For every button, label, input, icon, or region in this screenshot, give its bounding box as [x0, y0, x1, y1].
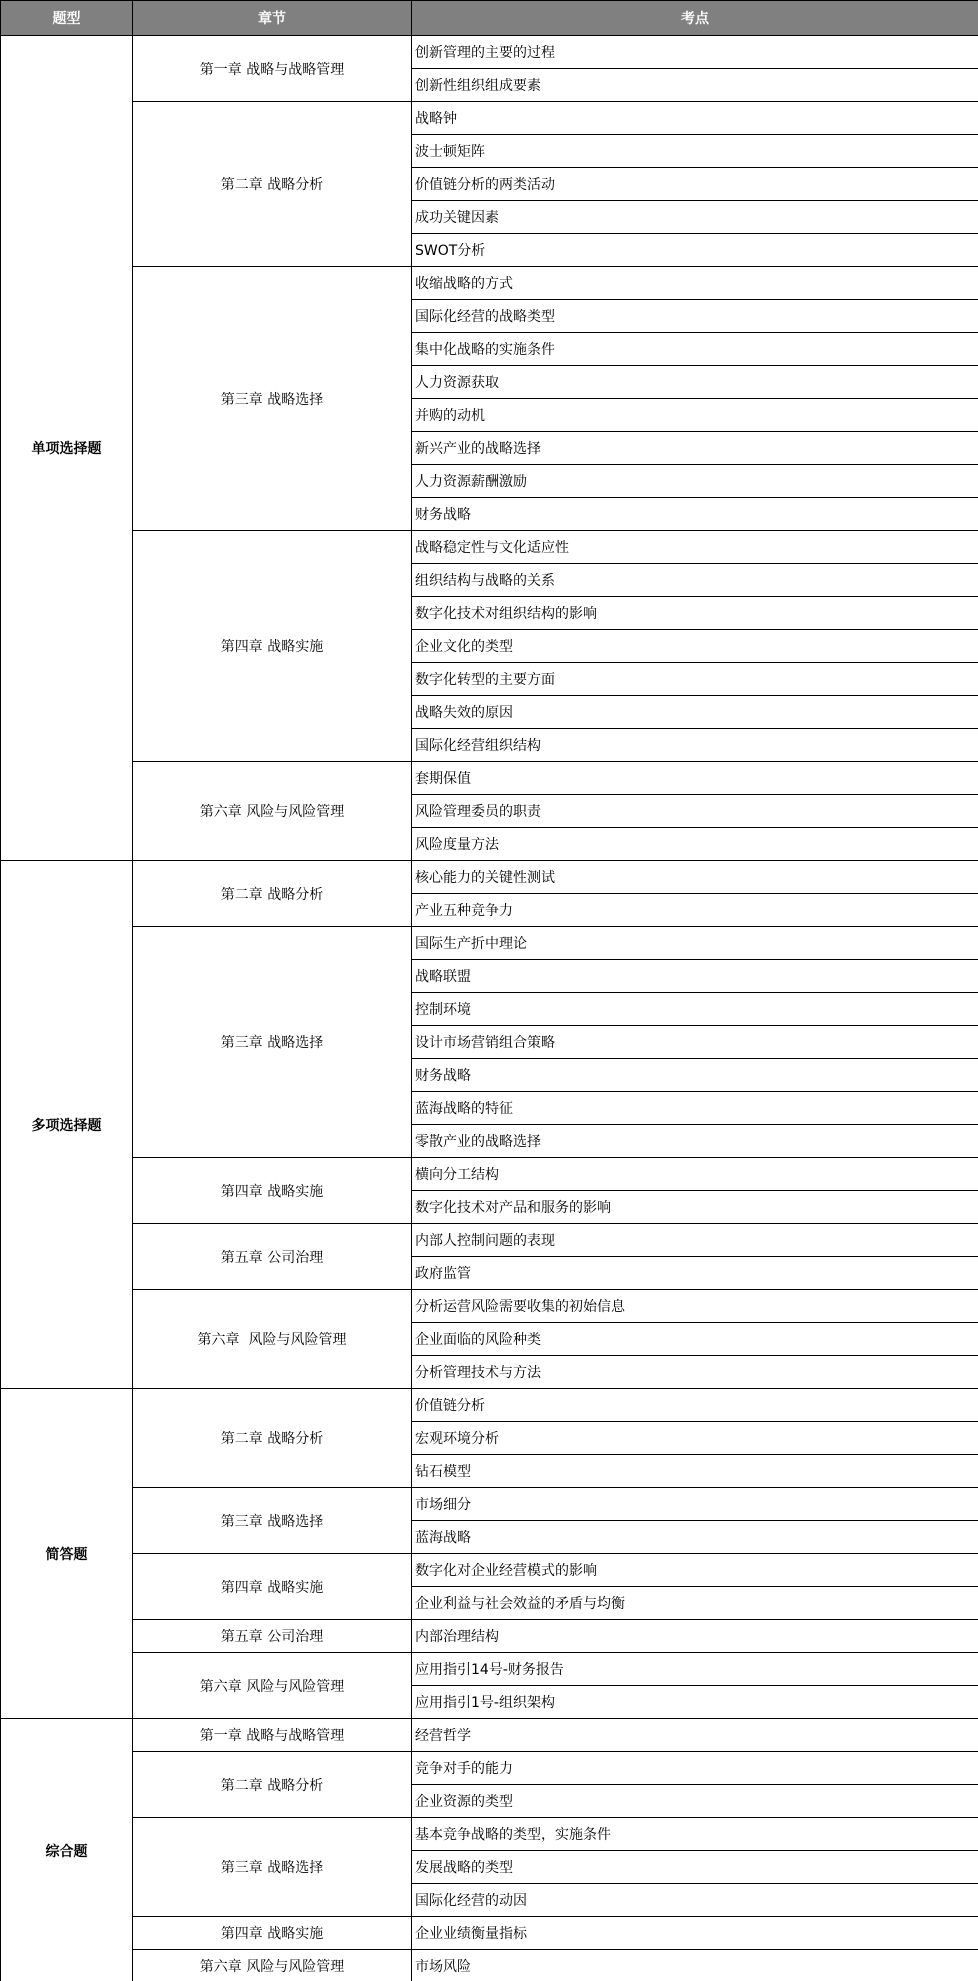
table-row: 第五章 公司治理内部人控制问题的表现 — [1, 1224, 978, 1257]
exam-point-cell: 战略钟 — [412, 102, 978, 135]
exam-point-cell: 战略联盟 — [412, 960, 978, 993]
exam-point-cell: 创新管理的主要的过程 — [412, 36, 978, 69]
table-row: 第三章 战略选择国际生产折中理论 — [1, 927, 978, 960]
exam-point-cell: 应用指引1号-组织架构 — [412, 1686, 978, 1719]
chapter-cell: 第六章 风险与风险管理 — [133, 1653, 412, 1719]
question-type-cell: 综合题 — [1, 1719, 133, 1981]
table-row: 第二章 战略分析竞争对手的能力 — [1, 1752, 978, 1785]
table-row: 第六章 风险与风险管理市场风险 — [1, 1950, 978, 1981]
exam-point-cell: 经营哲学 — [412, 1719, 978, 1752]
exam-point-cell: 战略稳定性与文化适应性 — [412, 531, 978, 564]
table-row: 第六章 风险与风险管理应用指引14号-财务报告 — [1, 1653, 978, 1686]
table-row: 第六章 风险与风险管理套期保值 — [1, 762, 978, 795]
exam-point-cell: 风险度量方法 — [412, 828, 978, 861]
exam-point-cell: 套期保值 — [412, 762, 978, 795]
chapter-cell: 第三章 战略选择 — [133, 1488, 412, 1554]
exam-point-cell: 国际化经营的战略类型 — [412, 300, 978, 333]
chapter-cell: 第二章 战略分析 — [133, 102, 412, 267]
exam-point-cell: 横向分工结构 — [412, 1158, 978, 1191]
exam-point-cell: 宏观环境分析 — [412, 1422, 978, 1455]
exam-point-cell: 分析运营风险需要收集的初始信息 — [412, 1290, 978, 1323]
exam-point-cell: 数字化技术对组织结构的影响 — [412, 597, 978, 630]
exam-point-cell: 新兴产业的战略选择 — [412, 432, 978, 465]
table-row: 第二章 战略分析战略钟 — [1, 102, 978, 135]
exam-point-cell: 创新性组织组成要素 — [412, 69, 978, 102]
chapter-cell: 第三章 战略选择 — [133, 927, 412, 1158]
table-row: 第四章 战略实施数字化对企业经营模式的影响 — [1, 1554, 978, 1587]
exam-point-cell: 分析管理技术与方法 — [412, 1356, 978, 1389]
table-row: 第四章 战略实施战略稳定性与文化适应性 — [1, 531, 978, 564]
exam-point-cell: 市场风险 — [412, 1950, 978, 1981]
exam-points-table: 题型 章节 考点 单项选择题第一章 战略与战略管理创新管理的主要的过程创新性组织… — [0, 0, 978, 1981]
chapter-cell: 第四章 战略实施 — [133, 1158, 412, 1224]
table-row: 单项选择题第一章 战略与战略管理创新管理的主要的过程 — [1, 36, 978, 69]
exam-point-cell: 财务战略 — [412, 498, 978, 531]
exam-point-cell: 钻石模型 — [412, 1455, 978, 1488]
exam-point-cell: 组织结构与战略的关系 — [412, 564, 978, 597]
exam-point-cell: 控制环境 — [412, 993, 978, 1026]
chapter-cell: 第二章 战略分析 — [133, 861, 412, 927]
chapter-cell: 第一章 战略与战略管理 — [133, 1719, 412, 1752]
exam-point-cell: 国际化经营组织结构 — [412, 729, 978, 762]
exam-point-cell: 数字化技术对产品和服务的影响 — [412, 1191, 978, 1224]
table-row: 第三章 战略选择收缩战略的方式 — [1, 267, 978, 300]
header-point: 考点 — [412, 1, 978, 36]
exam-point-cell: 竞争对手的能力 — [412, 1752, 978, 1785]
exam-point-cell: 核心能力的关键性测试 — [412, 861, 978, 894]
exam-point-cell: 企业业绩衡量指标 — [412, 1917, 978, 1950]
question-type-cell: 多项选择题 — [1, 861, 133, 1389]
header-row: 题型 章节 考点 — [1, 1, 978, 36]
table-row: 简答题第二章 战略分析价值链分析 — [1, 1389, 978, 1422]
exam-point-cell: 发展战略的类型 — [412, 1851, 978, 1884]
question-type-cell: 简答题 — [1, 1389, 133, 1719]
exam-point-cell: SWOT分析 — [412, 234, 978, 267]
exam-point-cell: 蓝海战略的特征 — [412, 1092, 978, 1125]
table-row: 多项选择题第二章 战略分析核心能力的关键性测试 — [1, 861, 978, 894]
table-row: 第四章 战略实施企业业绩衡量指标 — [1, 1917, 978, 1950]
exam-point-cell: 内部治理结构 — [412, 1620, 978, 1653]
table-row: 第三章 战略选择基本竞争战略的类型，实施条件 — [1, 1818, 978, 1851]
chapter-cell: 第五章 公司治理 — [133, 1620, 412, 1653]
chapter-cell: 第三章 战略选择 — [133, 1818, 412, 1917]
exam-point-cell: 人力资源获取 — [412, 366, 978, 399]
chapter-cell: 第二章 战略分析 — [133, 1752, 412, 1818]
exam-point-cell: 价值链分析 — [412, 1389, 978, 1422]
chapter-cell: 第六章 风险与风险管理 — [133, 1950, 412, 1981]
exam-point-cell: 企业利益与社会效益的矛盾与均衡 — [412, 1587, 978, 1620]
chapter-cell: 第六章 风险与风险管理 — [133, 762, 412, 861]
exam-point-cell: 成功关键因素 — [412, 201, 978, 234]
table-row: 第三章 战略选择市场细分 — [1, 1488, 978, 1521]
exam-point-cell: 收缩战略的方式 — [412, 267, 978, 300]
exam-point-cell: 数字化对企业经营模式的影响 — [412, 1554, 978, 1587]
chapter-cell: 第二章 战略分析 — [133, 1389, 412, 1488]
exam-point-cell: 企业文化的类型 — [412, 630, 978, 663]
exam-point-cell: 零散产业的战略选择 — [412, 1125, 978, 1158]
chapter-cell: 第四章 战略实施 — [133, 1554, 412, 1620]
exam-point-cell: 市场细分 — [412, 1488, 978, 1521]
exam-point-cell: 基本竞争战略的类型，实施条件 — [412, 1818, 978, 1851]
exam-point-cell: 并购的动机 — [412, 399, 978, 432]
exam-point-cell: 集中化战略的实施条件 — [412, 333, 978, 366]
exam-point-cell: 企业资源的类型 — [412, 1785, 978, 1818]
table-row: 第五章 公司治理内部治理结构 — [1, 1620, 978, 1653]
chapter-cell: 第五章 公司治理 — [133, 1224, 412, 1290]
exam-point-cell: 价值链分析的两类活动 — [412, 168, 978, 201]
chapter-cell: 第四章 战略实施 — [133, 531, 412, 762]
exam-point-cell: 数字化转型的主要方面 — [412, 663, 978, 696]
table-row: 第四章 战略实施横向分工结构 — [1, 1158, 978, 1191]
question-type-cell: 单项选择题 — [1, 36, 133, 861]
chapter-cell: 第一章 战略与战略管理 — [133, 36, 412, 102]
exam-point-cell: 人力资源薪酬激励 — [412, 465, 978, 498]
exam-point-cell: 财务战略 — [412, 1059, 978, 1092]
chapter-cell: 第四章 战略实施 — [133, 1917, 412, 1950]
exam-point-cell: 产业五种竞争力 — [412, 894, 978, 927]
header-type: 题型 — [1, 1, 133, 36]
exam-point-cell: 风险管理委员的职责 — [412, 795, 978, 828]
exam-point-cell: 内部人控制问题的表现 — [412, 1224, 978, 1257]
exam-point-cell: 政府监管 — [412, 1257, 978, 1290]
exam-point-cell: 应用指引14号-财务报告 — [412, 1653, 978, 1686]
exam-point-cell: 国际生产折中理论 — [412, 927, 978, 960]
header-chapter: 章节 — [133, 1, 412, 36]
exam-point-cell: 蓝海战略 — [412, 1521, 978, 1554]
chapter-cell: 第六章 风险与风险管理 — [133, 1290, 412, 1389]
chapter-cell: 第三章 战略选择 — [133, 267, 412, 531]
exam-point-cell: 设计市场营销组合策略 — [412, 1026, 978, 1059]
exam-point-cell: 战略失效的原因 — [412, 696, 978, 729]
exam-point-cell: 波士顿矩阵 — [412, 135, 978, 168]
exam-point-cell: 企业面临的风险种类 — [412, 1323, 978, 1356]
exam-point-cell: 国际化经营的动因 — [412, 1884, 978, 1917]
table-row: 综合题第一章 战略与战略管理经营哲学 — [1, 1719, 978, 1752]
table-row: 第六章 风险与风险管理分析运营风险需要收集的初始信息 — [1, 1290, 978, 1323]
